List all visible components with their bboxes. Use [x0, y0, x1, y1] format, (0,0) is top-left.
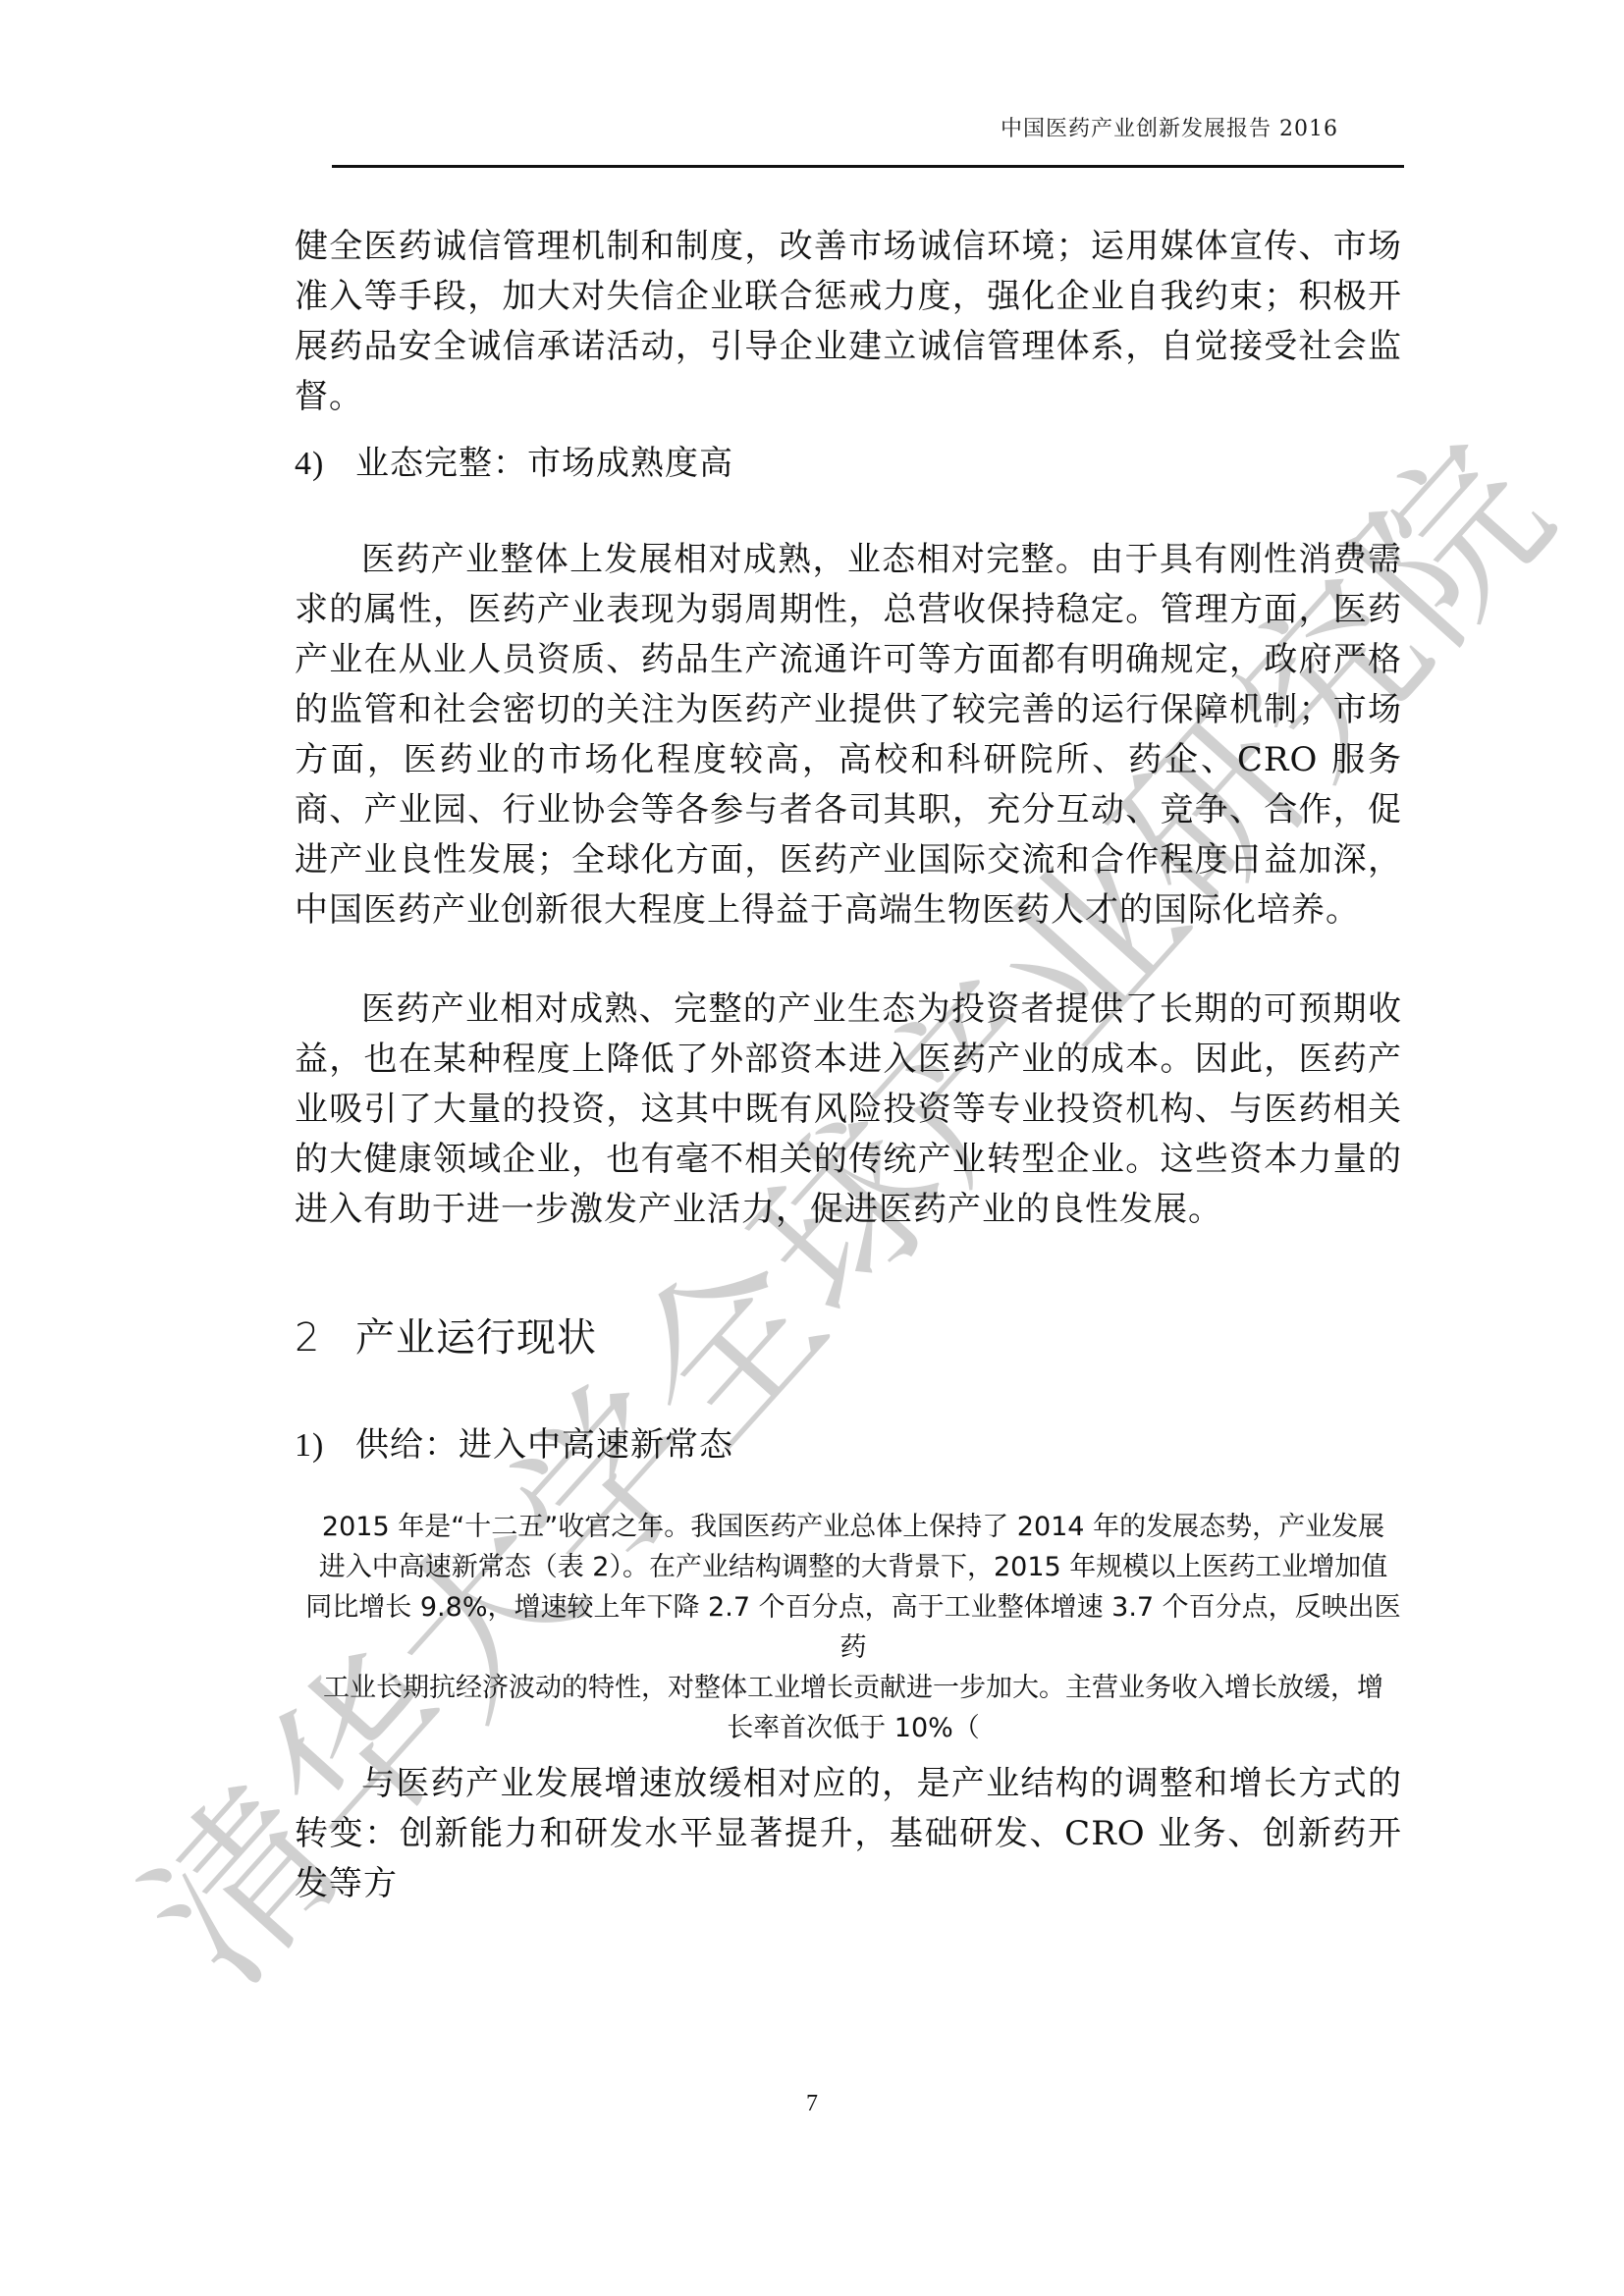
paragraph-market-maturity: 医药产业整体上发展相对成熟，业态相对完整。由于具有刚性消费需求的属性，医药产业表…: [295, 535, 1402, 935]
heading-supply: 1)供给：进入中高速新常态: [295, 1423, 733, 1468]
header-rule: [332, 165, 1404, 168]
heading-number: 1): [295, 1424, 355, 1468]
text-line: 同比增长 9.8%，增速较上年下降 2.7 个百分点，高于工业整体增速 3.7 …: [304, 1587, 1402, 1668]
text-line: 进入中高速新常态（表 2）。在产业结构调整的大背景下，2015 年规模以上医药工…: [304, 1547, 1402, 1587]
heading-number: 4): [295, 443, 355, 486]
heading-number: 2: [295, 1313, 355, 1362]
page-number: 7: [0, 2091, 1624, 2117]
paragraph-supply-2015: 2015 年是“十二五”收官之年。我国医药产业总体上保持了 2014 年的发展态…: [304, 1507, 1402, 1748]
heading-text: 供给：进入中高速新常态: [355, 1425, 733, 1465]
paragraph-integrity: 健全医药诚信管理机制和制度，改善市场诚信环境；运用媒体宣传、市场准入等手段，加大…: [295, 222, 1402, 422]
heading-business-completeness: 4)业态完整：市场成熟度高: [295, 442, 733, 486]
heading-text: 业态完整：市场成熟度高: [355, 444, 733, 483]
text-line: 工业长期抗经济波动的特性，对整体工业增长贡献进一步加大。主营业务收入增长放缓，增: [304, 1668, 1402, 1708]
heading-section-2: 2产业运行现状: [295, 1313, 597, 1362]
paragraph-transition: 与医药产业发展增速放缓相对应的，是产业结构的调整和增长方式的转变：创新能力和研发…: [295, 1759, 1402, 1909]
text-line: 长率首次低于 10%（: [304, 1708, 1402, 1748]
running-header: 中国医药产业创新发展报告 2016: [332, 112, 1402, 142]
text-line: 2015 年是“十二五”收官之年。我国医药产业总体上保持了 2014 年的发展态…: [304, 1507, 1402, 1547]
heading-text: 产业运行现状: [355, 1315, 597, 1361]
paragraph-investment: 医药产业相对成熟、完整的产业生态为投资者提供了长期的可预期收益，也在某种程度上降…: [295, 985, 1402, 1235]
